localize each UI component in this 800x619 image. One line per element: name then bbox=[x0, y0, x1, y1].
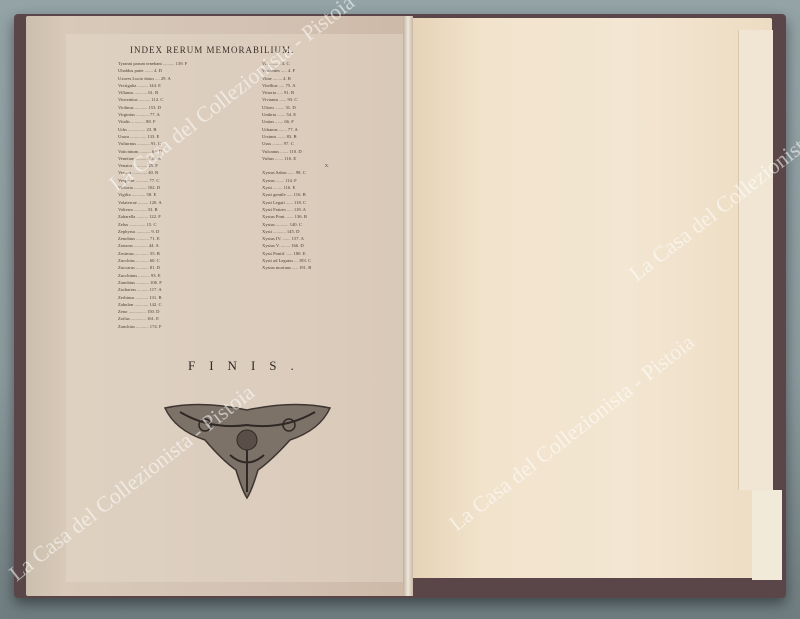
right-page-endpaper bbox=[410, 18, 772, 578]
book-gutter bbox=[403, 16, 413, 596]
section-letter: X. bbox=[262, 162, 392, 169]
finis-text: FINIS. bbox=[188, 358, 308, 374]
index-column-right: Vis .......... 4. CViscontes ..... 4. FV… bbox=[262, 60, 392, 272]
folded-page-edge bbox=[738, 30, 773, 490]
page-edge-tab bbox=[752, 490, 782, 580]
